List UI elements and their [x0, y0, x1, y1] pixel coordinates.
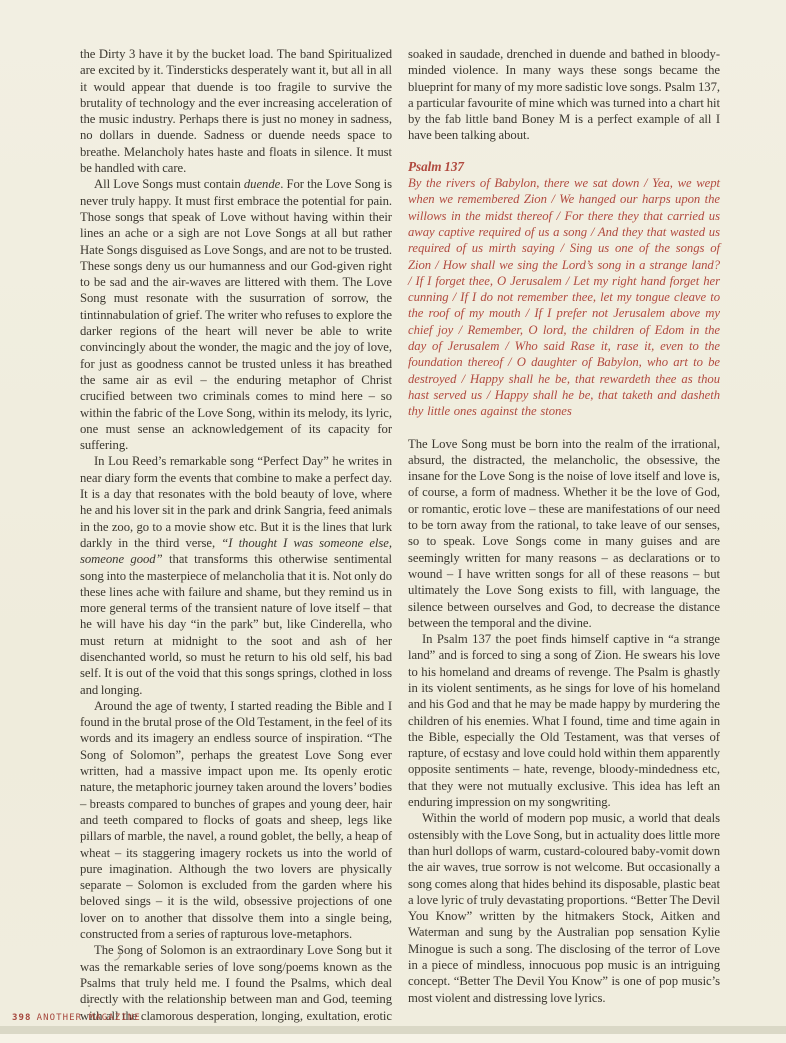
magazine-page: the Dirty 3 have it by the bucket load. … [0, 0, 786, 1043]
page-bottom-margin [0, 1034, 786, 1043]
page-bottom-edge [0, 1026, 786, 1034]
body-paragraph: Around the age of twenty, I started read… [80, 698, 392, 942]
body-paragraph: In Lou Reed’s remarkable song “Perfect D… [80, 453, 392, 697]
psalm-heading: Psalm 137 [408, 159, 720, 175]
body-paragraph: soaked in saudade, drenched in duende an… [408, 46, 720, 144]
magazine-name: ANOTHER MAGAZINE [37, 1013, 141, 1023]
body-paragraph: the Dirty 3 have it by the bucket load. … [80, 46, 392, 176]
body-paragraph: In Psalm 137 the poet finds himself capt… [408, 631, 720, 810]
footer: 398ANOTHER MAGAZINE [12, 1013, 141, 1023]
left-column: the Dirty 3 have it by the bucket load. … [80, 46, 392, 1040]
body-paragraph: All Love Songs must contain duende. For … [80, 176, 392, 453]
page-number: 398 [12, 1013, 32, 1023]
psalm-verse: By the rivers of Babylon, there we sat d… [408, 175, 720, 419]
right-column: soaked in saudade, drenched in duende an… [408, 46, 720, 1006]
body-paragraph: The Love Song must be born into the real… [408, 436, 720, 632]
pen-mark-dots [88, 1000, 90, 1002]
body-paragraph: Within the world of modern pop music, a … [408, 810, 720, 1006]
